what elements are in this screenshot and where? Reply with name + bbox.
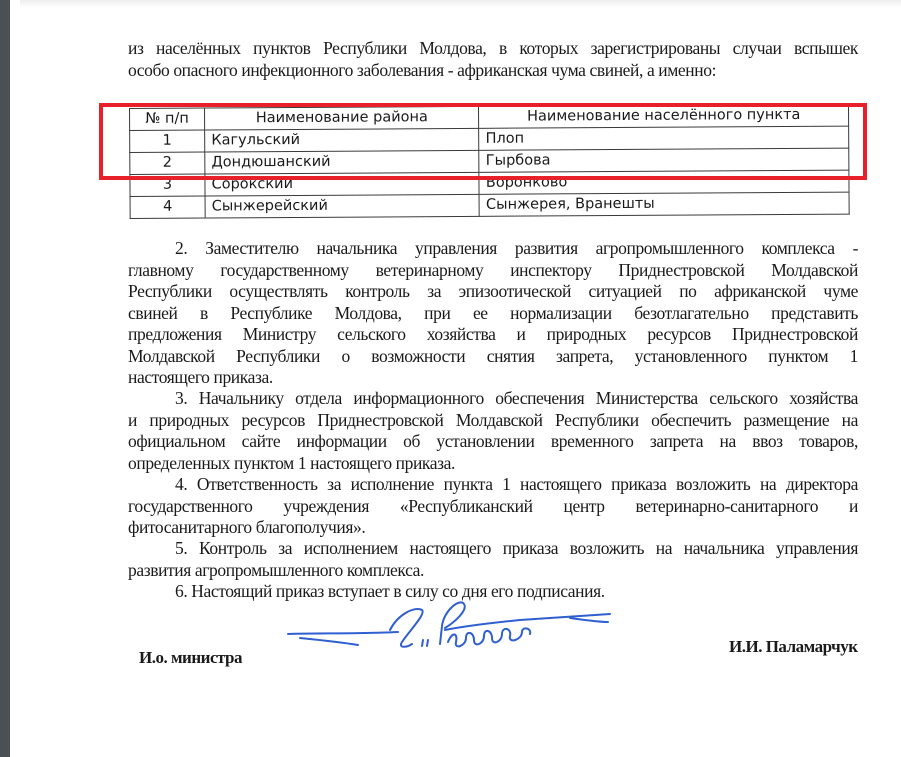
cell-number: 1 [130,130,205,152]
cell-district: Сорокский [205,172,479,196]
paragraph-line: государственного учреждения «Республикан… [128,496,858,518]
position-label: И.о. министра [139,648,242,668]
header-number: № п/п [130,108,205,130]
paragraph-line: и природных ресурсов Приднестровской Мол… [128,410,858,432]
paragraph-line: Молдавской Республики о возможности снят… [128,346,858,368]
paragraph-line: свиней в Республике Молдова, при ее норм… [128,303,858,325]
paragraph-line: Республики осуществлять контроль за эпиз… [128,281,858,303]
signatory-name: И.И. Паламарчук [729,637,857,657]
cell-settlement: Плоп [479,126,849,150]
document-viewer: из населённых пунктов Республики Молдова… [0,0,901,757]
paragraph-line: определенных пунктом 1 настоящего приказ… [128,453,858,475]
page-top-shadow [20,0,901,8]
intro-line-1: из населённых пунктов Республики Молдова… [128,38,858,60]
paragraph-line: 4. Ответственность за исполнение пункта … [128,474,858,496]
cell-number: 3 [130,174,205,196]
cell-number: 2 [130,152,205,174]
paragraph-4: 4. Ответственность за исполнение пункта … [128,474,858,539]
cell-district: Сынжерейский [205,194,479,218]
paragraph-line: предложения Министру сельского хозяйства… [128,324,858,346]
paragraph-2: 2. Заместителю начальника управления раз… [128,238,858,389]
settlements-table-wrapper: № п/п Наименование района Наименование н… [129,104,850,219]
cell-settlement: Воронково [479,170,849,194]
header-district: Наименование района [205,106,479,130]
paragraph-5: 5. Контроль за исполнением настоящего пр… [128,538,858,581]
cell-district: Дондюшанский [205,150,479,174]
paragraph-line: официальном сайте информации об установл… [128,431,858,453]
cell-settlement: Гырбова [479,148,849,172]
cell-number: 4 [130,196,205,218]
cell-settlement: Сынжерея, Вранешты [479,192,849,216]
intro-line-2: особо опасного инфекционного заболевания… [128,60,858,82]
paragraph-line: фитосанитарного благополучия». [128,517,858,539]
paragraph-line: 2. Заместителю начальника управления раз… [128,238,858,260]
paragraph-line: 5. Контроль за исполнением настоящего пр… [128,538,858,560]
handwritten-signature-icon [280,600,620,680]
settlements-table: № п/п Наименование района Наименование н… [129,104,850,219]
paragraph-line: главному государственному ветеринарному … [128,260,858,282]
paragraph-3: 3. Начальнику отдела информационного обе… [128,388,858,474]
viewer-left-edge [0,0,10,757]
paragraph-line: 3. Начальнику отдела информационного обе… [128,388,858,410]
cell-district: Кагульский [205,128,479,152]
paragraph-line: развития агропромышленного комплекса. [128,560,858,582]
intro-text: из населённых пунктов Республики Молдова… [128,38,858,81]
table-row: 4 Сынжерейский Сынжерея, Вранешты [130,192,849,218]
header-settlement: Наименование населённого пункта [479,104,849,128]
paragraph-line: настоящего приказа. [128,367,858,389]
